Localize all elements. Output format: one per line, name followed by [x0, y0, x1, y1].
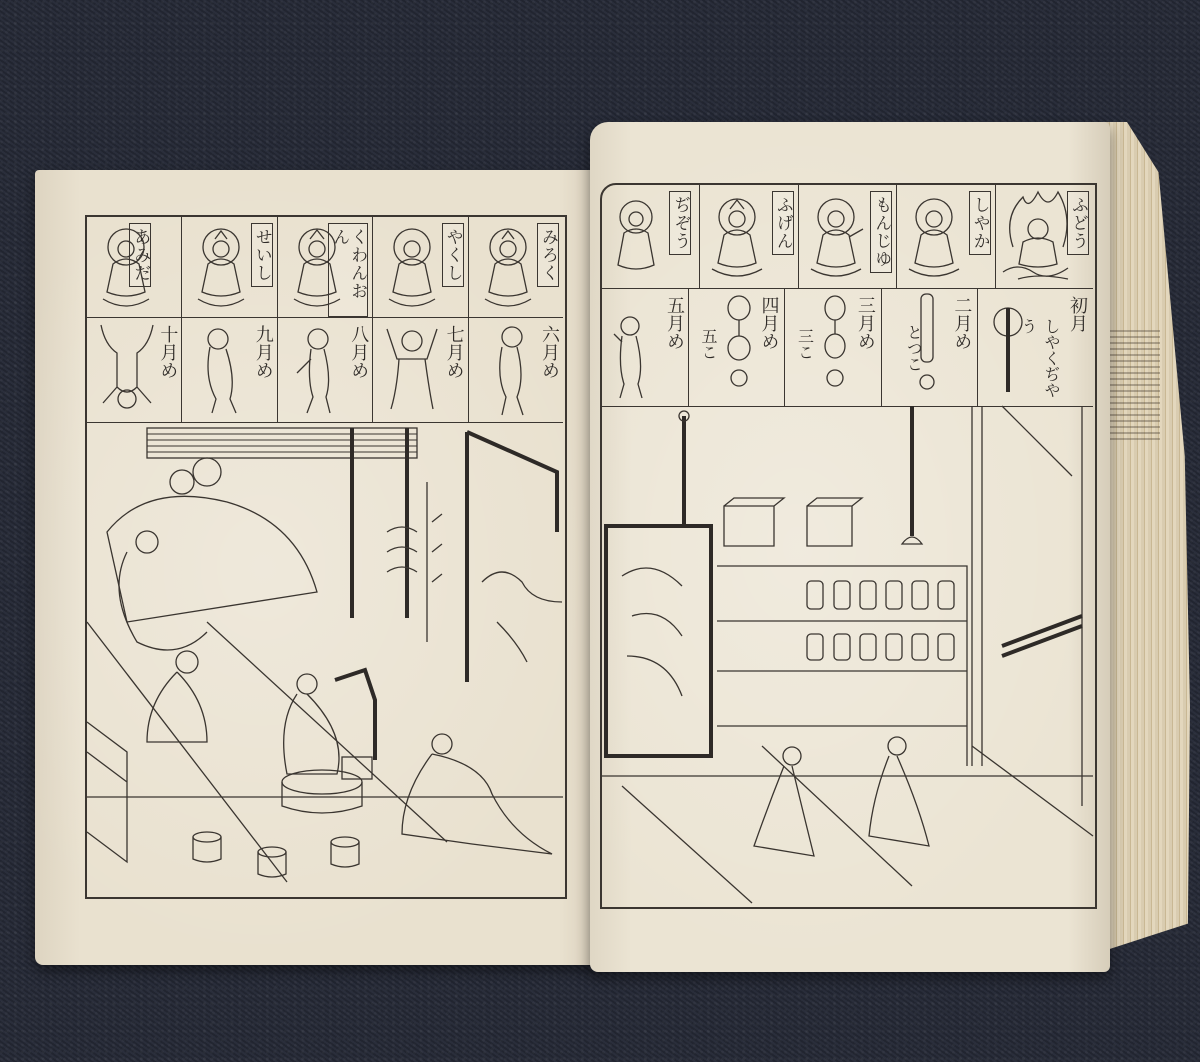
month-text: 五こ: [697, 328, 720, 360]
fudo-myoo-flames-icon: [998, 187, 1078, 287]
bodhisattva-icon: [473, 219, 543, 314]
month-label: 六月め: [539, 325, 559, 379]
left-page-interior-scene: [87, 422, 563, 892]
page-edge-print: [1110, 330, 1160, 440]
month-text: 三こ: [793, 328, 816, 360]
buddha-icon: [377, 219, 447, 314]
monju-sword-icon: [801, 187, 876, 287]
goko-vajra-icon: [724, 294, 754, 404]
jizo-icon: [604, 187, 674, 287]
month-label: 二月め: [951, 296, 971, 350]
month-label: 四月め: [758, 296, 778, 350]
deity-cell: あみだ: [87, 217, 181, 317]
inverted-fetus-figure-icon: [91, 319, 161, 419]
month-label: 五月め: [664, 296, 684, 350]
month-label: 三月め: [855, 296, 875, 350]
right-page-altar-scene: [602, 406, 1093, 903]
month-cell: 三月め 三こ: [784, 288, 880, 406]
month-cell: 七月め: [372, 317, 467, 422]
shakujo-staff-icon: [988, 292, 1028, 402]
month-cell: 二月め とつこ: [881, 288, 977, 406]
deity-cell: ぢぞう: [602, 185, 699, 288]
sanko-vajra-icon: [820, 294, 850, 404]
month-cell: 六月め: [468, 317, 563, 422]
tokko-vajra-icon: [912, 294, 942, 404]
deity-cell: ふげん: [699, 185, 797, 288]
month-label: 九月め: [253, 325, 273, 379]
deity-cell: やくし: [372, 217, 467, 317]
month-cell: 四月め 五こ: [688, 288, 784, 406]
month-cell: 五月め: [602, 288, 688, 406]
month-cell: 八月め: [277, 317, 372, 422]
fetus-figure-icon: [377, 319, 447, 419]
deity-cell: しやか: [896, 185, 994, 288]
month-cell: 初月 しやくぢやう: [977, 288, 1093, 406]
fetus-figure-icon: [477, 319, 537, 419]
month-cell: 九月め: [181, 317, 276, 422]
deity-cell: もんじゆ: [798, 185, 896, 288]
month-label: 八月め: [348, 325, 368, 379]
fetus-figure-icon: [606, 292, 656, 402]
deity-cell: くわんおん: [277, 217, 372, 317]
month-label: 初月: [1067, 296, 1087, 332]
right-months-row: 初月 しやくぢやう 二月め とつこ 三月め 三こ 四月め 五こ 五月め: [602, 288, 1093, 407]
month-cell: 十月め: [87, 317, 181, 422]
deity-cell: ふどう: [995, 185, 1093, 288]
buddha-icon: [899, 187, 974, 287]
fetus-figure-icon: [190, 319, 250, 419]
deity-cell: みろく: [468, 217, 563, 317]
kannon-icon: [282, 219, 352, 314]
fetus-figure-icon: [286, 319, 346, 419]
deity-cell: せいし: [181, 217, 276, 317]
left-deities-row: みろく やくし くわんおん せいし あみだ: [87, 217, 563, 318]
fugen-icon: [702, 187, 777, 287]
right-deities-row: ふどう しやか もんじゆ ふげん ぢぞう: [602, 185, 1093, 289]
buddha-icon: [91, 219, 161, 314]
bodhisattva-icon: [186, 219, 256, 314]
left-months-row: 六月め 七月め 八月め 九月め 十月め: [87, 317, 563, 423]
